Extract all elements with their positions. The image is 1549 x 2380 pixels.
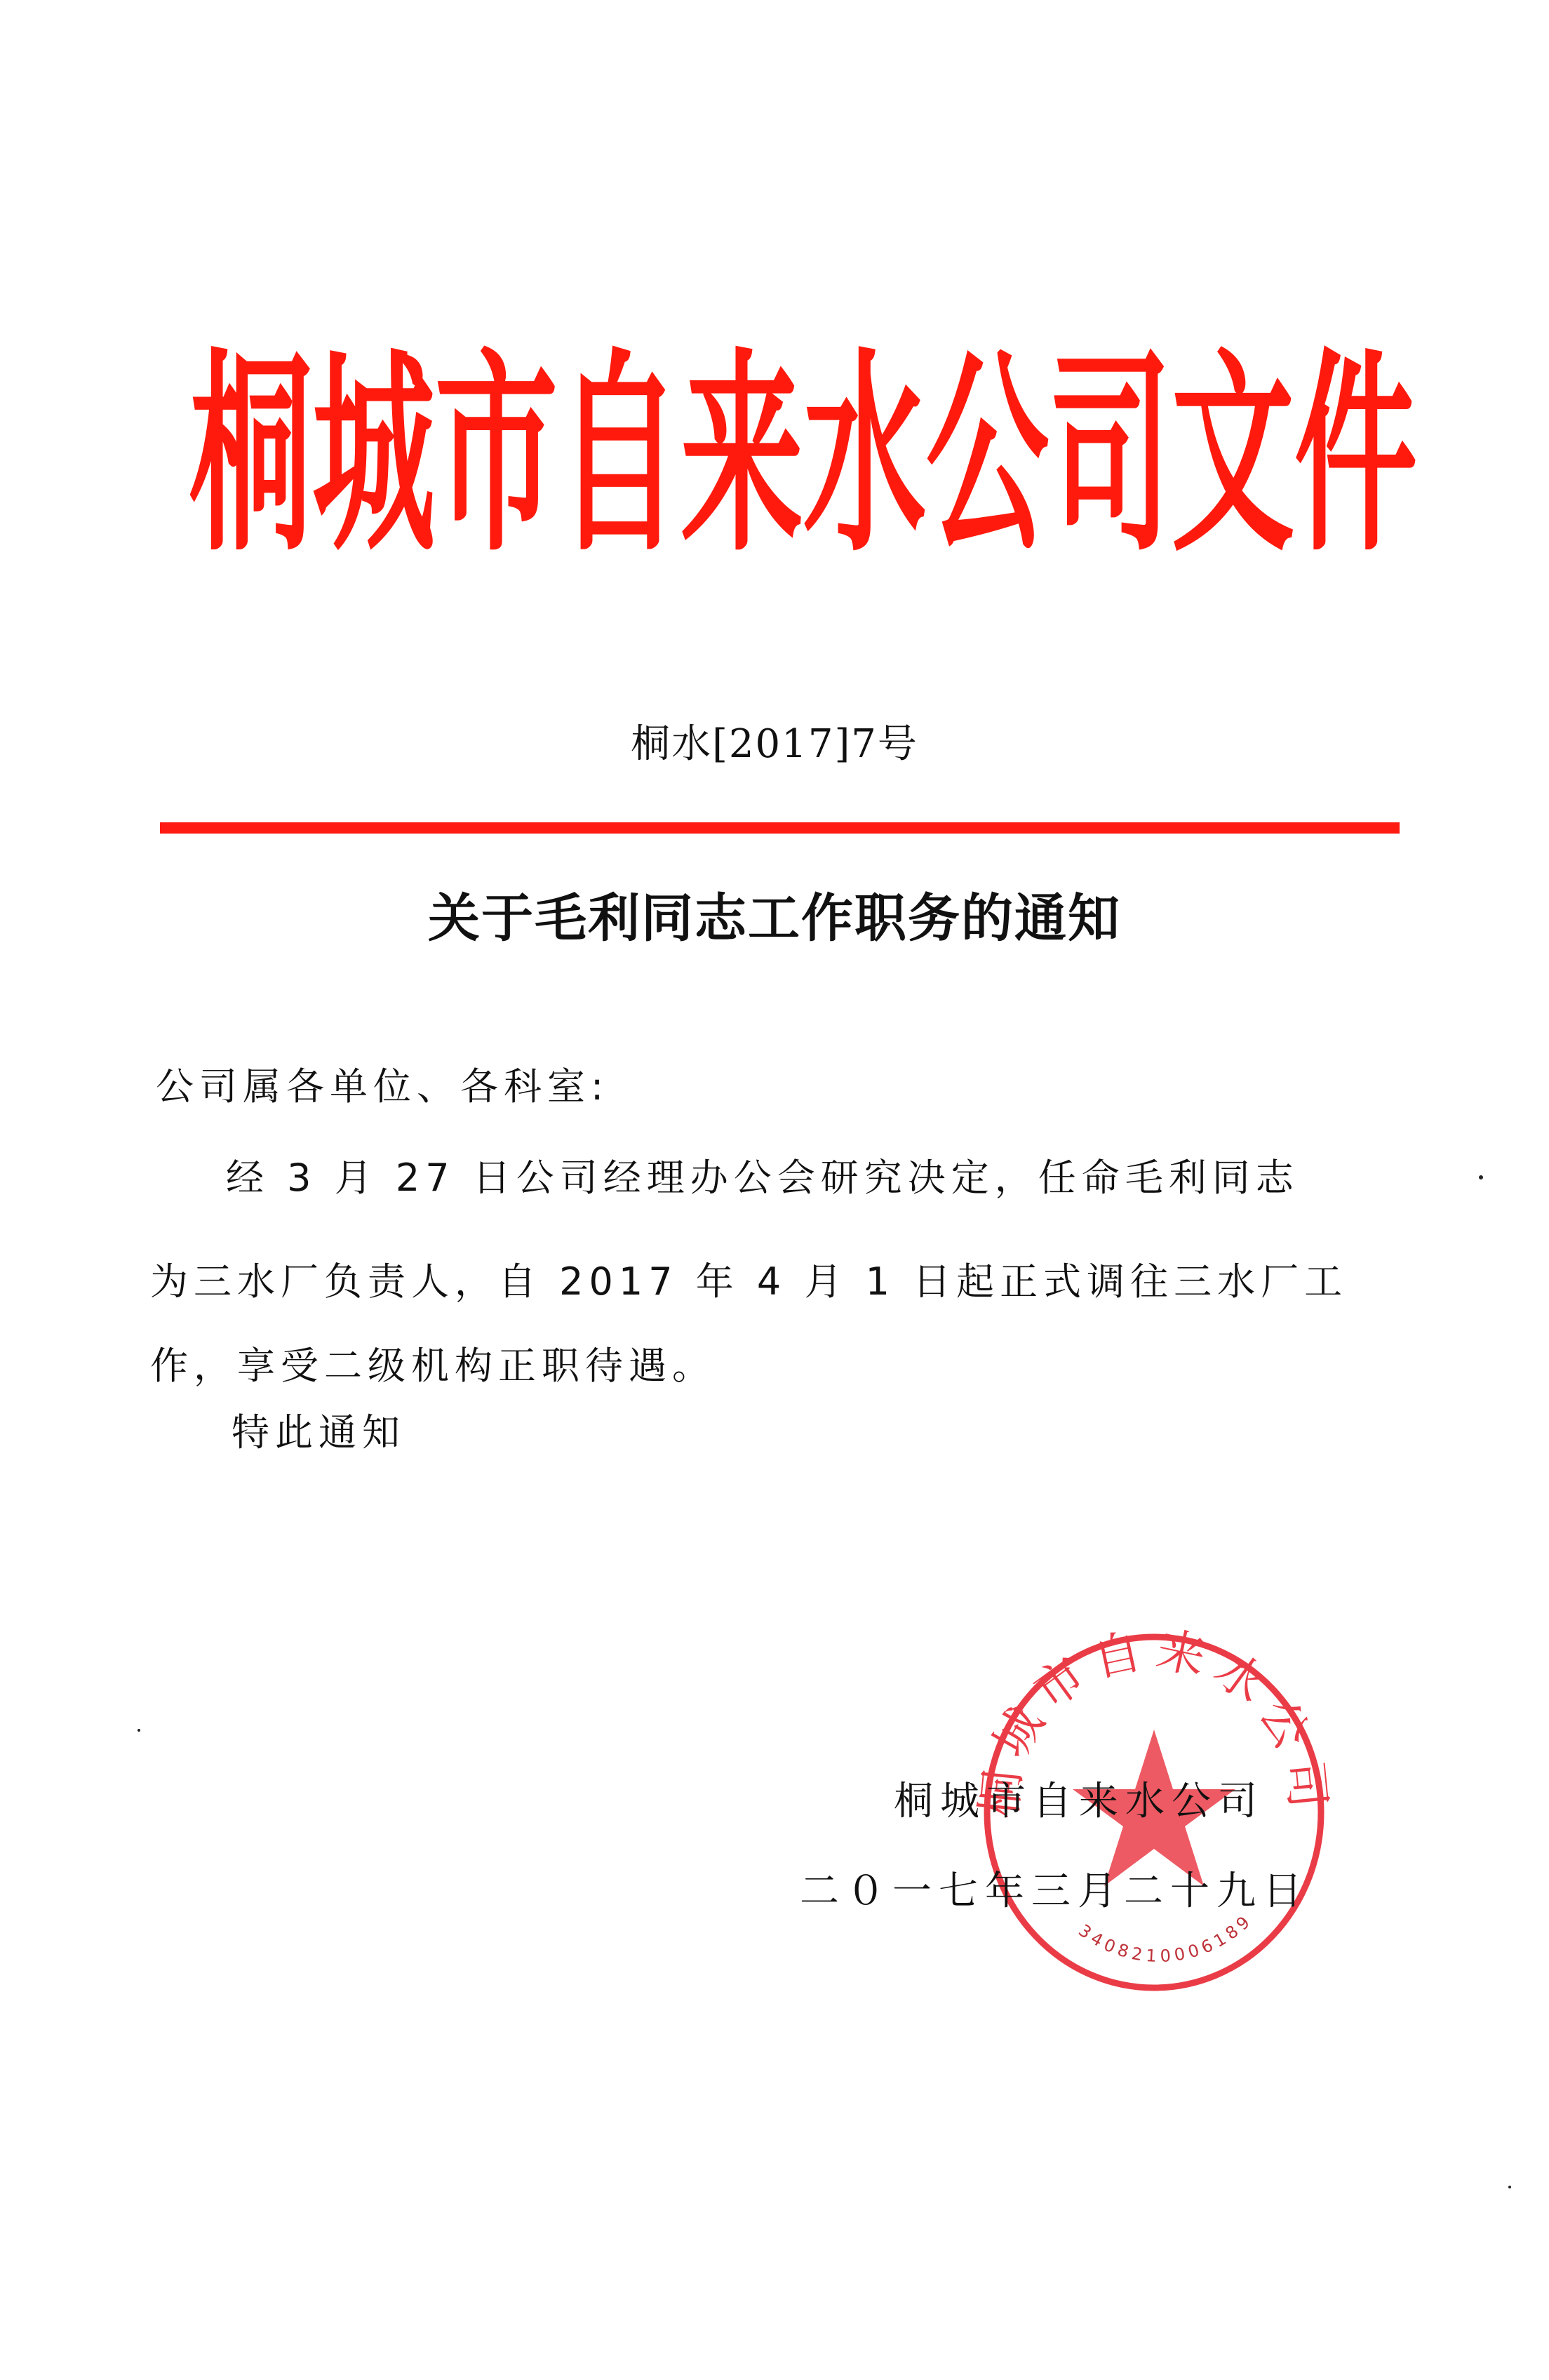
masthead-char: 城 (312, 349, 435, 563)
closing-remark: 特此通知 (232, 1414, 405, 1452)
body-line: 经 3 月 27 日公司经理办公会研究决定，任命毛利同志 (226, 1159, 1299, 1197)
body-line: 为三水厂负责人，自 2017 年 4 月 1 日起正式调往三水厂工 (150, 1263, 1348, 1301)
masthead-char: 公 (926, 349, 1049, 563)
red-divider (160, 822, 1400, 834)
masthead-char: 件 (1294, 349, 1417, 563)
masthead-char: 司 (1049, 349, 1172, 563)
notice-title: 关于毛利同志工作职务的通知 (0, 877, 1549, 951)
scan-speck (1508, 2186, 1511, 2188)
document-number: 桐水[2017]7号 (0, 713, 1549, 769)
masthead-title: 桐 城 市 自 来 水 公 司 文 件 (189, 351, 1382, 561)
masthead-char: 市 (435, 349, 558, 563)
issuer-signature: 桐城市自来水公司 (894, 1782, 1264, 1821)
body-line: 作，享受二级机构正职待遇。 (150, 1347, 716, 1385)
svg-text:3408210006189: 3408210006189 (1075, 1910, 1256, 1966)
masthead-char: 来 (680, 349, 803, 563)
masthead-char: 桐 (189, 349, 312, 563)
scan-speck (1479, 1175, 1483, 1179)
masthead-char: 水 (803, 349, 926, 563)
masthead-char: 自 (558, 349, 680, 563)
issue-date: 二０一七年三月二十九日 (800, 1872, 1309, 1911)
masthead-char: 文 (1172, 349, 1294, 563)
scan-speck (138, 1729, 140, 1732)
salutation: 公司属各单位、各科室: (156, 1068, 609, 1106)
